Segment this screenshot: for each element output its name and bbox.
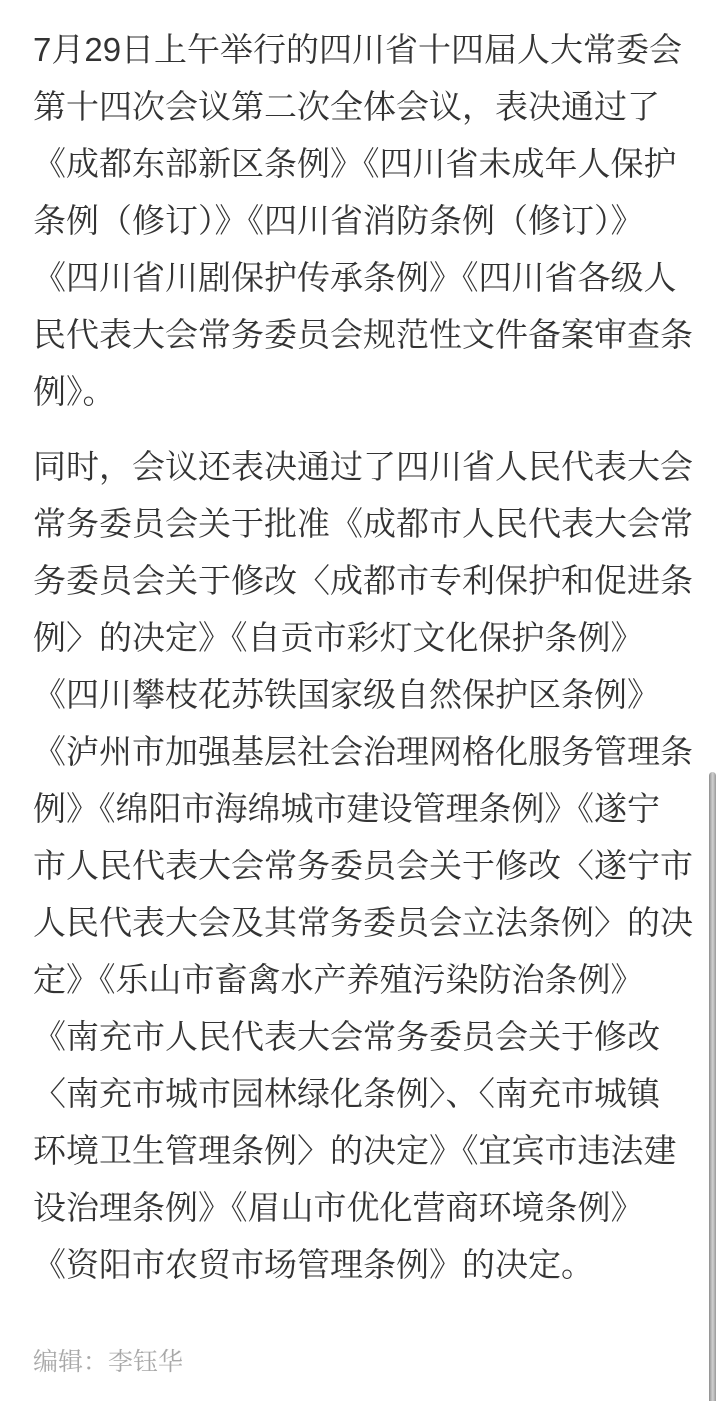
editor-credit: 编辑：李钰华: [33, 1343, 696, 1381]
paragraph-2: 同时，会议还表决通过了四川省人民代表大会 常务委员会关于批准《成都市人民代表大会…: [33, 438, 696, 1293]
paragraph-1: 7月29日上午举行的四川省十四届人大常委会 第十四次会议第二次全体会议，表决通过…: [33, 21, 696, 420]
article-body: 7月29日上午举行的四川省十四届人大常委会 第十四次会议第二次全体会议，表决通过…: [0, 0, 720, 1381]
scrollbar-thumb[interactable]: [709, 772, 716, 1401]
